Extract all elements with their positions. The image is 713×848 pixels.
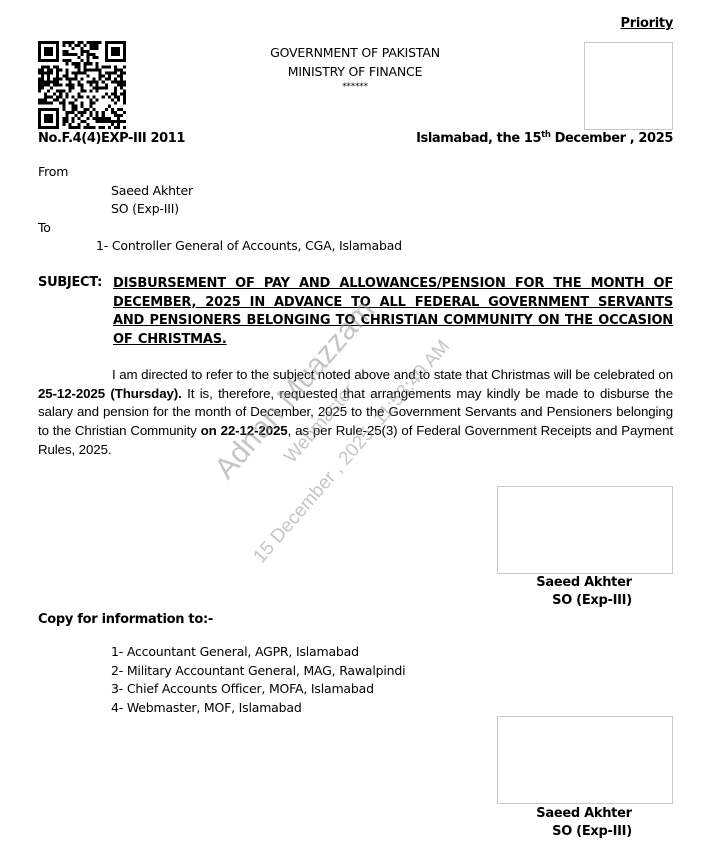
body-bold-disbursement-date: on 22-12-2025 <box>201 423 288 438</box>
dateline-suffix: December , 2025 <box>550 131 673 146</box>
body-bold-christmas-date: 25-12-2025 (Thursday). <box>38 386 182 401</box>
header-separator: ****** <box>200 81 510 93</box>
copy-to-heading: Copy for information to:- <box>38 612 213 627</box>
qr-code-icon <box>38 41 126 129</box>
signature-box <box>497 486 673 574</box>
subject-text: DISBURSEMENT OF PAY AND ALLOWANCES/PENSI… <box>113 275 673 349</box>
signature-box <box>497 716 673 804</box>
body-paragraph: I am directed to refer to the subject no… <box>38 366 673 460</box>
to-recipient: 1- Controller General of Accounts, CGA, … <box>96 238 402 253</box>
photo-placeholder-box <box>584 42 673 130</box>
from-label: From <box>38 164 68 179</box>
list-item: 2- Military Accountant General, MAG, Raw… <box>111 662 405 681</box>
from-name: Saeed Akhter <box>111 183 193 198</box>
from-designation: SO (Exp-III) <box>111 201 179 216</box>
header-government: GOVERNMENT OF PAKISTAN <box>200 43 510 62</box>
signatory-designation: SO (Exp-III) <box>505 824 679 839</box>
copy-to-list: 1- Accountant General, AGPR, Islamabad 2… <box>111 643 405 717</box>
reference-number: No.F.4(4)EXP-III 2011 <box>38 131 185 146</box>
signatory-name: Saeed Akhter <box>497 806 671 821</box>
signatory-designation: SO (Exp-III) <box>505 593 679 608</box>
list-item: 4- Webmaster, MOF, Islamabad <box>111 699 405 718</box>
priority-label: Priority <box>560 16 673 31</box>
subject-label: SUBJECT: <box>38 275 102 290</box>
document-header: GOVERNMENT OF PAKISTAN MINISTRY OF FINAN… <box>200 43 510 93</box>
to-label: To <box>38 220 51 235</box>
body-text-1: I am directed to refer to the subject no… <box>112 367 673 382</box>
signatory-name: Saeed Akhter <box>497 575 671 590</box>
header-ministry: MINISTRY OF FINANCE <box>200 62 510 81</box>
list-item: 1- Accountant General, AGPR, Islamabad <box>111 643 405 662</box>
list-item: 3- Chief Accounts Officer, MOFA, Islamab… <box>111 680 405 699</box>
dateline: Islamabad, the 15th December , 2025 <box>380 131 673 146</box>
dateline-prefix: Islamabad, the 15 <box>416 131 541 146</box>
